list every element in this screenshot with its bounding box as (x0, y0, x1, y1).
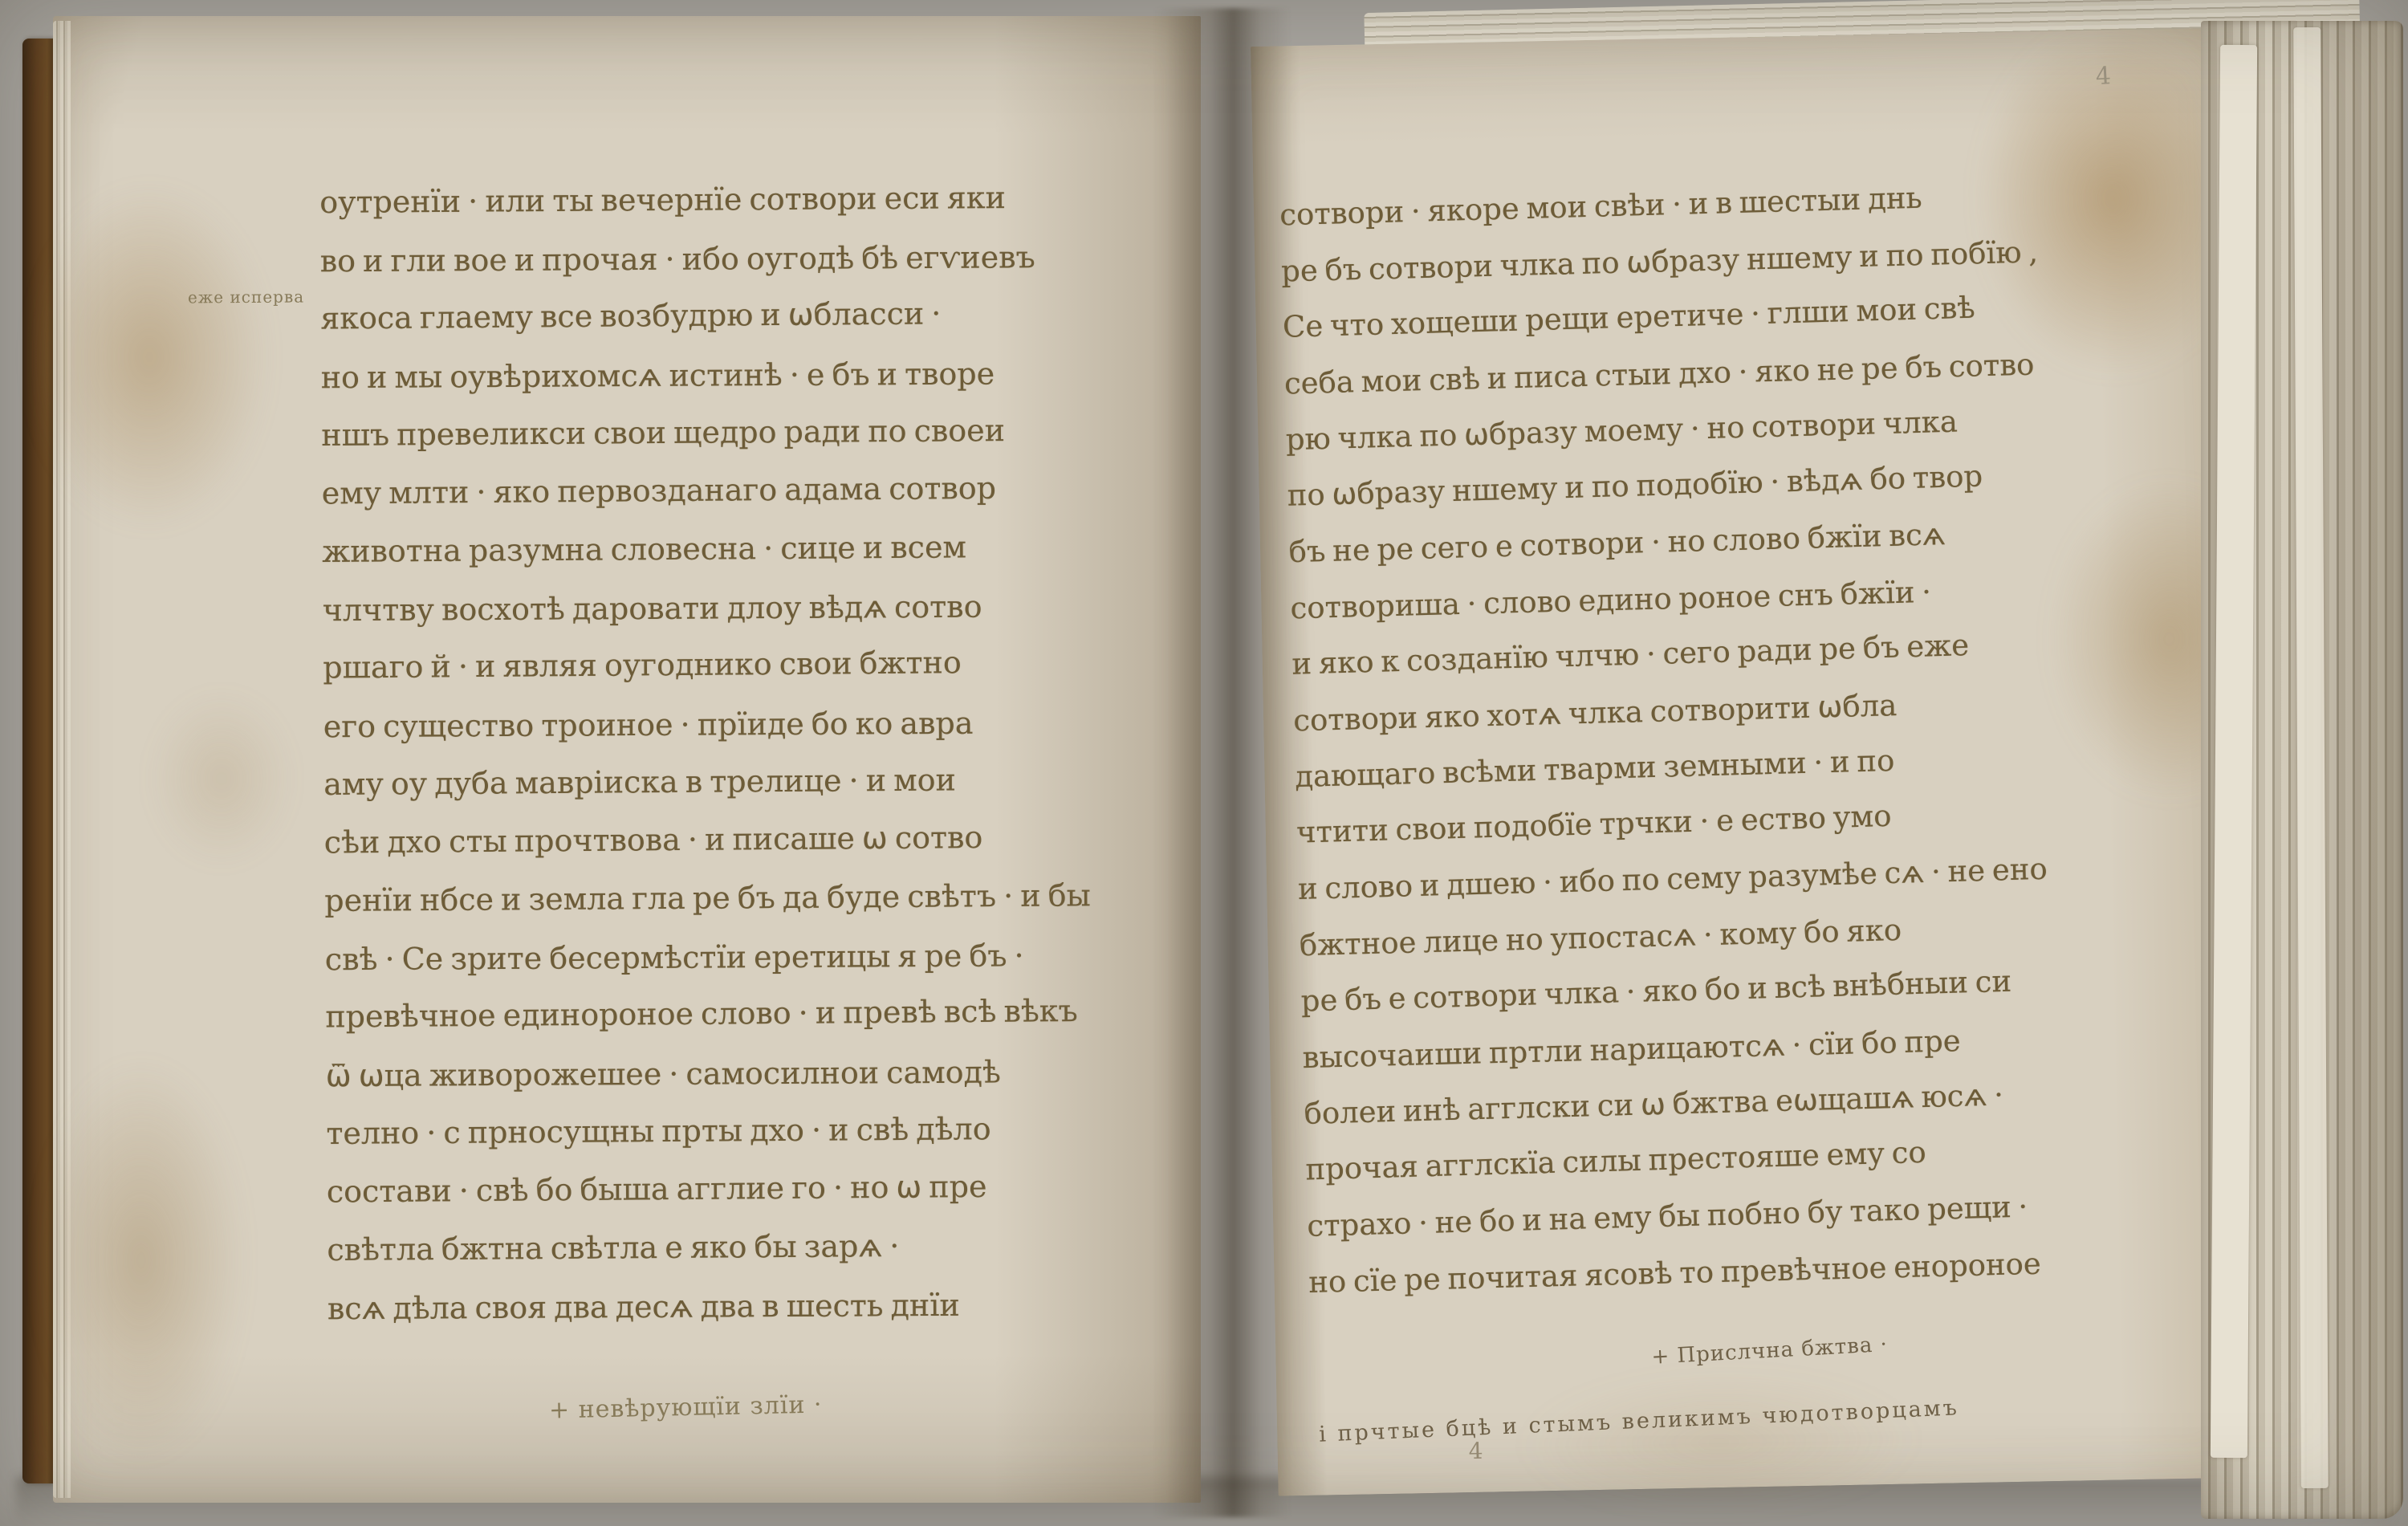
manuscript-line: во и гли вое и прочая · ибо оугодѣ бѣ ег… (320, 227, 1195, 291)
page-edges-fore (2201, 21, 2403, 1519)
manuscript-line: свѣтла бжтна свѣтла е яко бы зарѧ · (327, 1215, 1202, 1279)
left-page-annotation: + невѣрующїи злїи · (549, 1390, 823, 1424)
stain (149, 690, 294, 867)
manuscript-line: его существо троиное · прїиде бо ко авра (323, 693, 1198, 756)
manuscript-line: якоса глаему все возбудрю и ѡбласси · (320, 283, 1196, 348)
manuscript-line: ему млти · яко первозданаго адама сотвор (321, 457, 1197, 522)
manuscript-line: но и мы оувѣрихомсѧ истинѣ · е бъ и твор… (321, 344, 1196, 407)
manuscript-line: свѣ · Се зрите бесермѣстїи еретицы я ре … (325, 926, 1200, 989)
manuscript-line: сѣи дхо сты прочтвова · и писаше ѡ сотво (324, 806, 1200, 871)
right-page: 4 сотвори · якоре мои свѣи · и в шестыи … (1251, 28, 2257, 1496)
manuscript-line: ршаго й · и являя оугоднико свои бжтно (323, 632, 1198, 697)
right-page-annotation-1: + Прислчна бжтва · (1651, 1333, 1889, 1369)
manuscript-line: ѿ ѡца живорожешее · самосилнои самодѣ (326, 1042, 1201, 1105)
folio-number-top: 4 (2095, 62, 2112, 91)
manuscript-line: животна разумна словесна · сице и всем (322, 516, 1197, 580)
manuscript-line: состави · свѣ бо быша агглие го · но ѡ п… (327, 1155, 1202, 1220)
right-page-annotation-2: і прчтые бцѣ и стымъ великимъ чюдотворца… (1319, 1395, 1960, 1447)
interlinear-gloss: еже исперва (188, 287, 304, 307)
left-page-text: оутренїи · или ты вечернїе сотвори еси я… (319, 167, 1202, 1353)
manuscript-line: аму оу дуба мавріиска в трелице · и мои (323, 749, 1198, 813)
manuscript-line: всѧ дѣла своя два десѧ два в шесть днїи (327, 1275, 1202, 1338)
folio-number-bottom: 4 (1468, 1438, 1483, 1464)
manuscript-line: члчтву восхотѣ даровати длоу вѣдѧ сотво (323, 576, 1198, 640)
manuscript-line: ншъ превеликси свои щедро ради по своеи (321, 400, 1196, 464)
manuscript-photo: оутренїи · или ты вечернїе сотвори еси я… (0, 0, 2408, 1526)
protruding-sheet (2293, 27, 2329, 1488)
gutter-shadow (1154, 8, 1291, 1517)
manuscript-line: ренїи нбсе и земла гла ре бъ да буде свѣ… (324, 865, 1199, 930)
manuscript-line: оутренїи · или ты вечернїе сотвори еси я… (319, 167, 1194, 231)
manuscript-line: превѣчное единороное слово · и превѣ всѣ… (325, 981, 1201, 1046)
page-edges-left (53, 21, 71, 1498)
left-page: оутренїи · или ты вечернїе сотвори еси я… (53, 16, 1201, 1503)
right-page-text: сотвори · якоре мои свѣи · и в шестыи дн… (1279, 163, 2216, 1319)
manuscript-line: телно · с прносущны прты дхо · и свѣ дѣл… (326, 1098, 1201, 1162)
protruding-sheet (2211, 45, 2257, 1458)
